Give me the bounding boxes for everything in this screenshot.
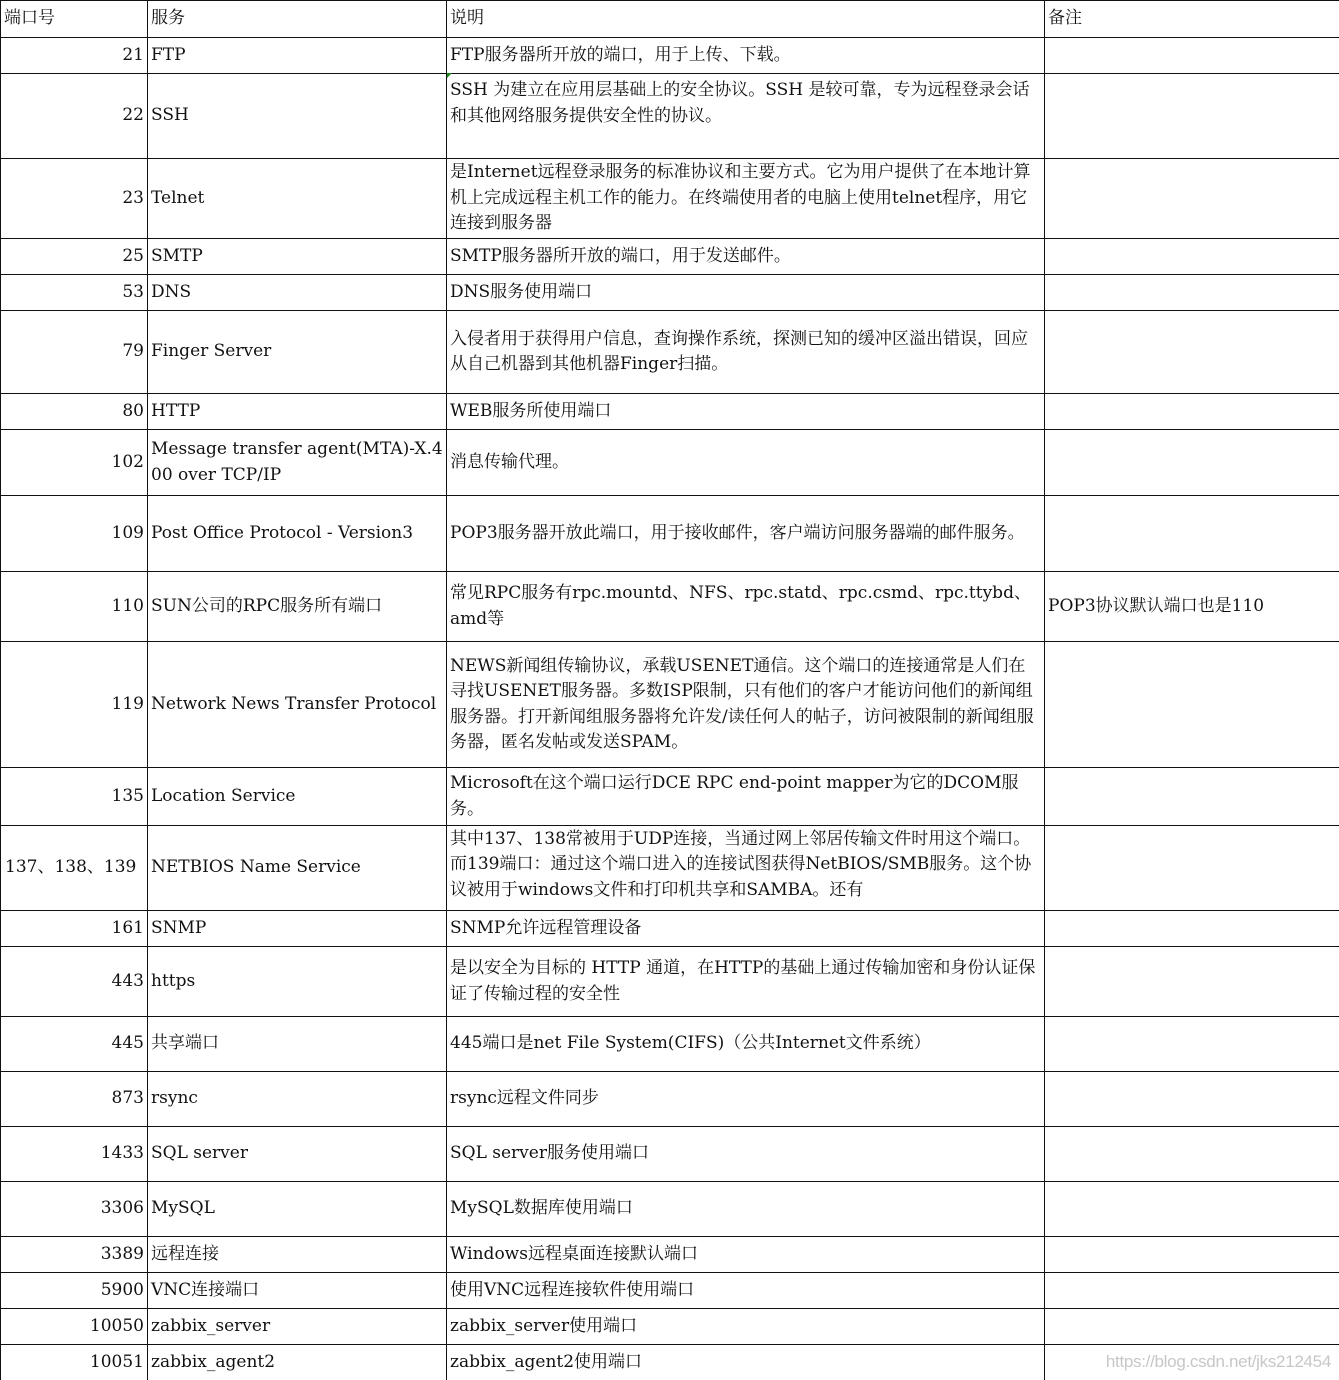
cell-note[interactable]	[1045, 394, 1339, 430]
cell-description[interactable]: zabbix_server使用端口	[447, 1309, 1045, 1345]
table-row: 3389 远程连接 Windows远程桌面连接默认端口	[1, 1237, 1339, 1273]
cell-service[interactable]: 远程连接	[148, 1237, 447, 1273]
table-row: 5900 VNC连接端口 使用VNC远程连接软件使用端口	[1, 1273, 1339, 1309]
cell-service[interactable]: Message transfer agent(MTA)-X.400 over T…	[148, 430, 447, 496]
cell-service[interactable]: SNMP	[148, 911, 447, 947]
header-note[interactable]: 备注	[1045, 1, 1339, 38]
comment-indicator-icon	[447, 73, 452, 78]
table-row: 445 共享端口 445端口是net File System(CIFS)（公共I…	[1, 1017, 1339, 1072]
cell-port[interactable]: 3389	[1, 1237, 148, 1273]
cell-note[interactable]	[1045, 1127, 1339, 1182]
cell-port[interactable]: 21	[1, 38, 148, 74]
cell-service[interactable]: Network News Transfer Protocol	[148, 642, 447, 768]
cell-description[interactable]: zabbix_agent2使用端口	[447, 1345, 1045, 1380]
cell-port[interactable]: 443	[1, 947, 148, 1017]
cell-description[interactable]: NEWS新闻组传输协议，承载USENET通信。这个端口的连接通常是人们在寻找US…	[447, 642, 1045, 768]
cell-description[interactable]: Windows远程桌面连接默认端口	[447, 1237, 1045, 1273]
table-row: 10050 zabbix_server zabbix_server使用端口	[1, 1309, 1339, 1345]
header-row: 端口号 服务 说明 备注	[1, 1, 1339, 38]
cell-description[interactable]: POP3服务器开放此端口，用于接收邮件，客户端访问服务器端的邮件服务。	[447, 496, 1045, 572]
cell-port[interactable]: 22	[1, 74, 148, 159]
table-row: 3306 MySQL MySQL数据库使用端口	[1, 1182, 1339, 1237]
cell-port[interactable]: 79	[1, 311, 148, 394]
cell-service[interactable]: FTP	[148, 38, 447, 74]
cell-note[interactable]: POP3协议默认端口也是110	[1045, 572, 1339, 642]
cell-note[interactable]	[1045, 1072, 1339, 1127]
port-table: 端口号 服务 说明 备注 21 FTP FTP服务器所开放的端口，用于上传、下载…	[0, 0, 1339, 1380]
cell-service[interactable]: zabbix_server	[148, 1309, 447, 1345]
cell-port[interactable]: 10051	[1, 1345, 148, 1380]
cell-description[interactable]: 消息传输代理。	[447, 430, 1045, 496]
table-row: 873 rsync rsync远程文件同步	[1, 1072, 1339, 1127]
cell-note[interactable]	[1045, 159, 1339, 239]
table-row: 22 SSH SSH 为建立在应用层基础上的安全协议。SSH 是较可靠，专为远程…	[1, 74, 1339, 159]
cell-note[interactable]	[1045, 1182, 1339, 1237]
cell-service[interactable]: SQL server	[148, 1127, 447, 1182]
table-row: 161 SNMP SNMP允许远程管理设备	[1, 911, 1339, 947]
cell-description[interactable]: 入侵者用于获得用户信息，查询操作系统，探测已知的缓冲区溢出错误，回应从自己机器到…	[447, 311, 1045, 394]
cell-description[interactable]: 445端口是net File System(CIFS)（公共Internet文件…	[447, 1017, 1045, 1072]
cell-service[interactable]: zabbix_agent2	[148, 1345, 447, 1380]
table-row: 23 Telnet 是Internet远程登录服务的标准协议和主要方式。它为用户…	[1, 159, 1339, 239]
cell-service[interactable]: Telnet	[148, 159, 447, 239]
cell-description[interactable]: 其中137、138常被用于UDP连接，当通过网上邻居传输文件时用这个端口。而13…	[447, 826, 1045, 911]
cell-note[interactable]	[1045, 1017, 1339, 1072]
cell-description[interactable]: 是以安全为目标的 HTTP 通道，在HTTP的基础上通过传输加密和身份认证保证了…	[447, 947, 1045, 1017]
cell-port[interactable]: 25	[1, 239, 148, 275]
cell-port[interactable]: 10050	[1, 1309, 148, 1345]
cell-description[interactable]: DNS服务使用端口	[447, 275, 1045, 311]
table-row: 102 Message transfer agent(MTA)-X.400 ov…	[1, 430, 1339, 496]
cell-description[interactable]: SMTP服务器所开放的端口，用于发送邮件。	[447, 239, 1045, 275]
cell-description[interactable]: SNMP允许远程管理设备	[447, 911, 1045, 947]
cell-note[interactable]	[1045, 430, 1339, 496]
table-row: 79 Finger Server 入侵者用于获得用户信息，查询操作系统，探测已知…	[1, 311, 1339, 394]
cell-note[interactable]	[1045, 768, 1339, 826]
watermark: https://blog.csdn.net/jks212454	[1106, 1352, 1331, 1372]
table-row: 110 SUN公司的RPC服务所有端口 常见RPC服务有rpc.mountd、N…	[1, 572, 1339, 642]
cell-port[interactable]: 110	[1, 572, 148, 642]
cell-port[interactable]: 80	[1, 394, 148, 430]
cell-port[interactable]: 53	[1, 275, 148, 311]
cell-port[interactable]: 119	[1, 642, 148, 768]
table-row: 137、138、139 NETBIOS Name Service 其中137、1…	[1, 826, 1339, 911]
cell-service[interactable]: DNS	[148, 275, 447, 311]
table-row: 119 Network News Transfer Protocol NEWS新…	[1, 642, 1339, 768]
cell-description[interactable]: 使用VNC远程连接软件使用端口	[447, 1273, 1045, 1309]
header-service[interactable]: 服务	[148, 1, 447, 38]
cell-port[interactable]: 3306	[1, 1182, 148, 1237]
cell-service[interactable]: Post Office Protocol - Version3	[148, 496, 447, 572]
cell-port[interactable]: 5900	[1, 1273, 148, 1309]
cell-service[interactable]: Finger Server	[148, 311, 447, 394]
table-row: 53 DNS DNS服务使用端口	[1, 275, 1339, 311]
cell-port[interactable]: 873	[1, 1072, 148, 1127]
cell-service[interactable]: SUN公司的RPC服务所有端口	[148, 572, 447, 642]
table-row: 25 SMTP SMTP服务器所开放的端口，用于发送邮件。	[1, 239, 1339, 275]
cell-description[interactable]: WEB服务所使用端口	[447, 394, 1045, 430]
cell-port[interactable]: 109	[1, 496, 148, 572]
cell-note[interactable]	[1045, 74, 1339, 159]
cell-note[interactable]	[1045, 311, 1339, 394]
cell-description[interactable]: SQL server服务使用端口	[447, 1127, 1045, 1182]
cell-description[interactable]: Microsoft在这个端口运行DCE RPC end-point mapper…	[447, 768, 1045, 826]
table-row: 1433 SQL server SQL server服务使用端口	[1, 1127, 1339, 1182]
cell-description[interactable]: 常见RPC服务有rpc.mountd、NFS、rpc.statd、rpc.csm…	[447, 572, 1045, 642]
cell-description[interactable]: rsync远程文件同步	[447, 1072, 1045, 1127]
cell-service[interactable]: https	[148, 947, 447, 1017]
cell-description[interactable]: 是Internet远程登录服务的标准协议和主要方式。它为用户提供了在本地计算机上…	[447, 159, 1045, 239]
cell-service[interactable]: 共享端口	[148, 1017, 447, 1072]
cell-note[interactable]	[1045, 1309, 1339, 1345]
cell-note[interactable]	[1045, 947, 1339, 1017]
cell-port[interactable]: 135	[1, 768, 148, 826]
cell-note[interactable]	[1045, 642, 1339, 768]
cell-note[interactable]	[1045, 826, 1339, 911]
cell-port[interactable]: 137、138、139	[1, 826, 148, 911]
table-row: 443 https 是以安全为目标的 HTTP 通道，在HTTP的基础上通过传输…	[1, 947, 1339, 1017]
cell-port[interactable]: 161	[1, 911, 148, 947]
cell-note[interactable]	[1045, 1273, 1339, 1309]
cell-port[interactable]: 102	[1, 430, 148, 496]
cell-note[interactable]	[1045, 911, 1339, 947]
table-row: 80 HTTP WEB服务所使用端口	[1, 394, 1339, 430]
header-description[interactable]: 说明	[447, 1, 1045, 38]
cell-service[interactable]: VNC连接端口	[148, 1273, 447, 1309]
cell-note[interactable]	[1045, 38, 1339, 74]
cell-note[interactable]	[1045, 1237, 1339, 1273]
cell-port[interactable]: 1433	[1, 1127, 148, 1182]
cell-service[interactable]: NETBIOS Name Service	[148, 826, 447, 911]
table-row: 135 Location Service Microsoft在这个端口运行DCE…	[1, 768, 1339, 826]
header-port[interactable]: 端口号	[1, 1, 148, 38]
cell-service[interactable]: rsync	[148, 1072, 447, 1127]
cell-service[interactable]: SMTP	[148, 239, 447, 275]
table-row: 21 FTP FTP服务器所开放的端口，用于上传、下载。	[1, 38, 1339, 74]
cell-port[interactable]: 23	[1, 159, 148, 239]
clipped-description-text: 其中137、138常被用于UDP连接，当通过网上邻居传输文件时用这个端口。而13…	[450, 827, 1041, 910]
cell-service[interactable]: Location Service	[148, 768, 447, 826]
cell-service[interactable]: SSH	[148, 74, 447, 159]
table-row: 109 Post Office Protocol - Version3 POP3…	[1, 496, 1339, 572]
cell-description[interactable]: FTP服务器所开放的端口，用于上传、下载。	[447, 38, 1045, 74]
cell-note[interactable]	[1045, 239, 1339, 275]
cell-description[interactable]: SSH 为建立在应用层基础上的安全协议。SSH 是较可靠，专为远程登录会话和其他…	[447, 74, 1045, 159]
cell-service[interactable]: HTTP	[148, 394, 447, 430]
cell-service[interactable]: MySQL	[148, 1182, 447, 1237]
cell-note[interactable]	[1045, 275, 1339, 311]
cell-port[interactable]: 445	[1, 1017, 148, 1072]
cell-description[interactable]: MySQL数据库使用端口	[447, 1182, 1045, 1237]
cell-note[interactable]	[1045, 496, 1339, 572]
